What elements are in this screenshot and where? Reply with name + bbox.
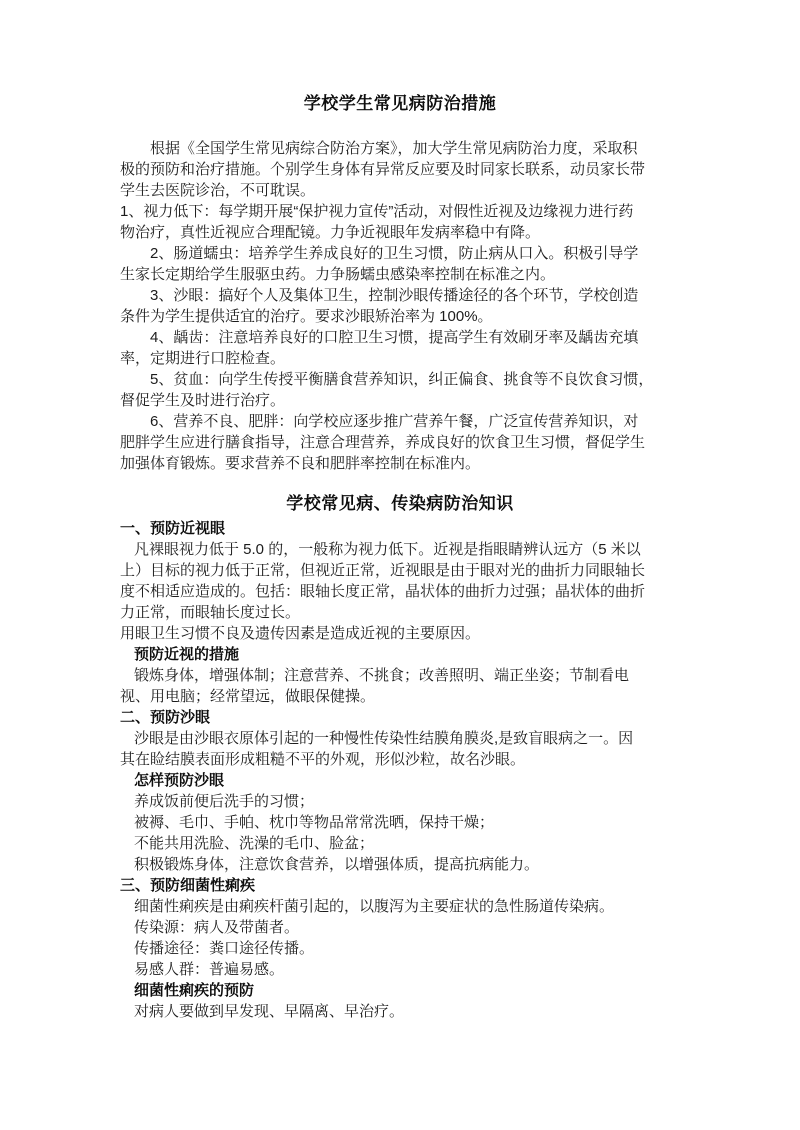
text-line: 1、视力低下：每学期开展“保护视力宣传”活动，对假性近视及边缘视力进行药 <box>120 201 680 222</box>
text-line: 其在睑结膜表面形成粗糙不平的外观，形似沙粒，故名沙眼。 <box>120 749 680 770</box>
text-line: 用眼卫生习惯不良及遗传因素是造成近视的主要原因。 <box>120 623 680 644</box>
text-line: 力正常，而眼轴长度过长。 <box>120 602 680 623</box>
text-line: 易感人群：普遍易感。 <box>120 959 680 980</box>
text-line: 6、营养不良、肥胖：向学校应逐步推广营养午餐，广泛宣传营养知识，对 <box>120 411 680 432</box>
document-title: 学校学生常见病防治措施 <box>120 92 680 116</box>
section-knowledge: 一、预防近视眼 凡裸眼视力低于 5.0 的，一般称为视力低下。近视是指眼睛辨认远… <box>120 518 680 1022</box>
heading-dysentery-prevention: 细菌性痢疾的预防 <box>120 980 680 1001</box>
text-line: 5、贫血：向学生传授平衡膳食营养知识，纠正偏食、挑食等不良饮食习惯， <box>120 369 680 390</box>
text-line: 细菌性痢疾是由痢疾杆菌引起的，以腹泻为主要症状的急性肠道传染病。 <box>120 896 680 917</box>
text-line: 传播途径：粪口途径传播。 <box>120 938 680 959</box>
text-line: 根据《全国学生常见病综合防治方案》，加大学生常见病防治力度，采取积 <box>120 138 680 159</box>
text-line: 沙眼是由沙眼衣原体引起的一种慢性传染性结膜角膜炎,是致盲眼病之一。因 <box>120 728 680 749</box>
document-page: 学校学生常见病防治措施 根据《全国学生常见病综合防治方案》，加大学生常见病防治力… <box>0 0 800 1130</box>
text-line: 养成饭前便后洗手的习惯； <box>120 791 680 812</box>
heading-prevent-bacillary-dysentery: 三、预防细菌性痢疾 <box>120 875 680 896</box>
text-line: 学生去医院诊治，不可耽误。 <box>120 180 680 201</box>
text-line: 锻炼身体，增强体制；注意营养、不挑食；改善照明、端正坐姿；节制看电 <box>120 665 680 686</box>
section-measures: 根据《全国学生常见病综合防治方案》，加大学生常见病防治力度，采取积 极的预防和治… <box>120 138 680 474</box>
text-line: 不能共用洗脸、洗澡的毛巾、脸盆； <box>120 833 680 854</box>
text-line: 极的预防和治疗措施。个别学生身体有异常反应要及时同家长联系，动员家长带 <box>120 159 680 180</box>
text-line: 3、沙眼：搞好个人及集体卫生，控制沙眼传播途径的各个环节，学校创造 <box>120 285 680 306</box>
text-line: 4、龋齿：注意培养良好的口腔卫生习惯，提高学生有效刷牙率及龋齿充填 <box>120 327 680 348</box>
text-line: 积极锻炼身体，注意饮食营养，以增强体质，提高抗病能力。 <box>120 854 680 875</box>
heading-prevent-myopia: 一、预防近视眼 <box>120 518 680 539</box>
text-line: 加强体育锻炼。要求营养不良和肥胖率控制在标准内。 <box>120 453 680 474</box>
text-line: 对病人要做到早发现、早隔离、早治疗。 <box>120 1001 680 1022</box>
text-line: 2、肠道蠕虫：培养学生养成良好的卫生习惯，防止病从口入。积极引导学 <box>120 243 680 264</box>
text-line: 肥胖学生应进行膳食指导，注意合理营养，养成良好的饮食卫生习惯，督促学生 <box>120 432 680 453</box>
heading-prevent-trachoma: 二、预防沙眼 <box>120 707 680 728</box>
text-line: 率，定期进行口腔检查。 <box>120 348 680 369</box>
section-knowledge-heading: 学校常见病、传染病防治知识 <box>120 492 680 516</box>
text-line: 条件为学生提供适宜的治疗。要求沙眼矫治率为 100%。 <box>120 306 680 327</box>
text-line: 上）目标的视力低于正常，但视近正常，近视眼是由于眼对光的曲折力同眼轴长 <box>120 560 680 581</box>
text-line: 传染源：病人及带菌者。 <box>120 917 680 938</box>
text-line: 度不相适应造成的。包括：眼轴长度正常，晶状体的曲折力过强；晶状体的曲折 <box>120 581 680 602</box>
text-line: 视、用电脑；经常望远，做眼保健操。 <box>120 686 680 707</box>
heading-myopia-measures: 预防近视的措施 <box>120 644 680 665</box>
text-line: 生家长定期给学生服驱虫药。力争肠蠕虫感染率控制在标准之内。 <box>120 264 680 285</box>
text-line: 物治疗，真性近视应合理配镜。力争近视眼年发病率稳中有降。 <box>120 222 680 243</box>
text-line: 凡裸眼视力低于 5.0 的，一般称为视力低下。近视是指眼睛辨认远方（5 米以 <box>120 539 680 560</box>
text-line: 被褥、毛巾、手帕、枕巾等物品常常洗晒，保持干燥； <box>120 812 680 833</box>
heading-how-prevent-trachoma: 怎样预防沙眼 <box>120 770 680 791</box>
text-line: 督促学生及时进行治疗。 <box>120 390 680 411</box>
document-content: 学校学生常见病防治措施 根据《全国学生常见病综合防治方案》，加大学生常见病防治力… <box>0 0 800 1022</box>
